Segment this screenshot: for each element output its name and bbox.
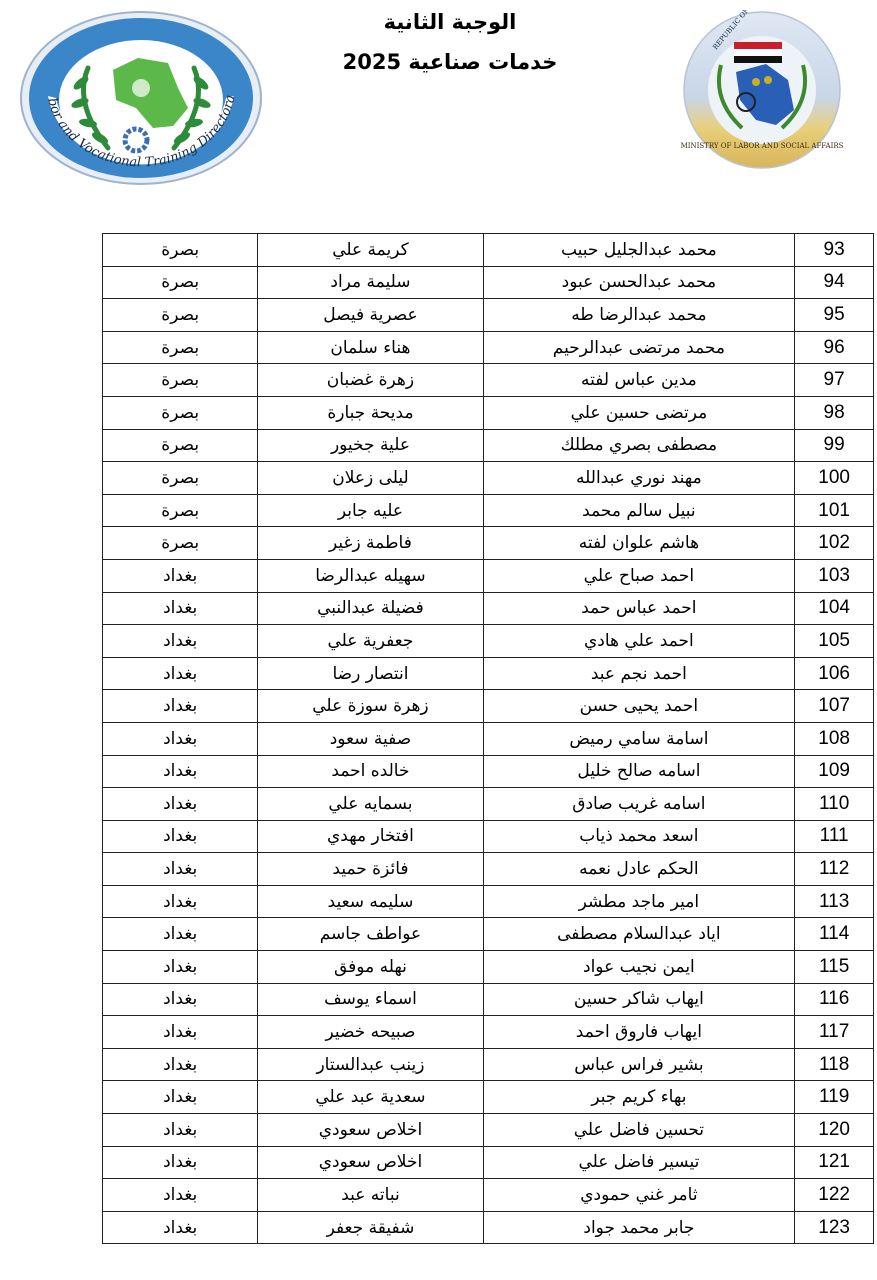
governorate: بصرة: [103, 429, 258, 462]
table-body: 93 محمد عبدالجليل حبيب كريمة علي بصرة 94…: [103, 234, 874, 1244]
mother-name: شفيقة جعفر: [258, 1211, 483, 1244]
table-row: 113 امير ماجد مطشر سليمه سعيد بغداد: [103, 885, 874, 918]
mother-name: ليلى زعلان: [258, 462, 483, 495]
mother-name: نهله موفق: [258, 951, 483, 984]
row-number: 110: [795, 788, 874, 821]
governorate: بغداد: [103, 1211, 258, 1244]
row-number: 105: [795, 625, 874, 658]
table-row: 100 مهند نوري عبدالله ليلى زعلان بصرة: [103, 462, 874, 495]
ministry-logo: MINISTRY OF LABOR AND SOCIAL AFFAIRS REP…: [676, 10, 848, 170]
mother-name: افتخار مهدي: [258, 820, 483, 853]
row-number: 114: [795, 918, 874, 951]
mother-name: اخلاص سعودي: [258, 1114, 483, 1147]
services-title: خدمات صناعية 2025: [300, 42, 600, 82]
mother-name: صفية سعود: [258, 722, 483, 755]
full-name: الحكم عادل نعمه: [483, 853, 795, 886]
governorate: بغداد: [103, 722, 258, 755]
governorate: بغداد: [103, 657, 258, 690]
table-row: 120 تحسين فاضل علي اخلاص سعودي بغداد: [103, 1114, 874, 1147]
table-row: 118 بشير فراس عباس زينب عبدالستار بغداد: [103, 1048, 874, 1081]
governorate: بصرة: [103, 364, 258, 397]
full-name: مهند نوري عبدالله: [483, 462, 795, 495]
governorate: بغداد: [103, 788, 258, 821]
row-number: 111: [795, 820, 874, 853]
full-name: اسامة سامي رميض: [483, 722, 795, 755]
labor-directorate-logo: Labor and Vocational Training Directorat…: [18, 8, 264, 188]
table-row: 94 محمد عبدالحسن عبود سليمة مراد بصرة: [103, 266, 874, 299]
governorate: بغداد: [103, 625, 258, 658]
svg-text:MINISTRY OF LABOR AND SOCIAL A: MINISTRY OF LABOR AND SOCIAL AFFAIRS: [681, 142, 844, 150]
governorate: بصرة: [103, 331, 258, 364]
full-name: مرتضى حسين علي: [483, 396, 795, 429]
full-name: احمد علي هادي: [483, 625, 795, 658]
full-name: محمد عبدالجليل حبيب: [483, 234, 795, 267]
mother-name: فاطمة زغير: [258, 527, 483, 560]
row-number: 94: [795, 266, 874, 299]
governorate: بغداد: [103, 592, 258, 625]
full-name: امير ماجد مطشر: [483, 885, 795, 918]
full-name: محمد مرتضى عبدالرحيم: [483, 331, 795, 364]
ministry-emblem-icon: MINISTRY OF LABOR AND SOCIAL AFFAIRS REP…: [676, 10, 848, 170]
row-number: 98: [795, 396, 874, 429]
governorate: بغداد: [103, 1146, 258, 1179]
mother-name: خالده احمد: [258, 755, 483, 788]
mother-name: زهرة سوزة علي: [258, 690, 483, 723]
mother-name: اسماء يوسف: [258, 983, 483, 1016]
mother-name: جعفرية علي: [258, 625, 483, 658]
row-number: 123: [795, 1211, 874, 1244]
row-number: 97: [795, 364, 874, 397]
row-number: 117: [795, 1016, 874, 1049]
table-row: 109 اسامه صالح خليل خالده احمد بغداد: [103, 755, 874, 788]
row-number: 112: [795, 853, 874, 886]
table-row: 107 احمد يحيى حسن زهرة سوزة علي بغداد: [103, 690, 874, 723]
governorate: بغداد: [103, 1081, 258, 1114]
table-row: 101 نبيل سالم محمد عليه جابر بصرة: [103, 494, 874, 527]
row-number: 102: [795, 527, 874, 560]
table-row: 102 هاشم علوان لفته فاطمة زغير بصرة: [103, 527, 874, 560]
mother-name: اخلاص سعودي: [258, 1146, 483, 1179]
table-row: 123 جابر محمد جواد شفيقة جعفر بغداد: [103, 1211, 874, 1244]
governorate: بصرة: [103, 527, 258, 560]
batch-title: الوجبة الثانية: [300, 2, 600, 42]
mother-name: نباته عبد: [258, 1179, 483, 1212]
mother-name: زينب عبدالستار: [258, 1048, 483, 1081]
row-number: 96: [795, 331, 874, 364]
full-name: جابر محمد جواد: [483, 1211, 795, 1244]
table-row: 117 ايهاب فاروق احمد صبيحه خضير بغداد: [103, 1016, 874, 1049]
row-number: 120: [795, 1114, 874, 1147]
full-name: ايهاب فاروق احمد: [483, 1016, 795, 1049]
table-row: 99 مصطفى بصري مطلك علية جخيور بصرة: [103, 429, 874, 462]
row-number: 119: [795, 1081, 874, 1114]
governorate: بصرة: [103, 462, 258, 495]
table-row: 95 محمد عبدالرضا طه عصرية فيصل بصرة: [103, 299, 874, 332]
full-name: نبيل سالم محمد: [483, 494, 795, 527]
table-row: 93 محمد عبدالجليل حبيب كريمة علي بصرة: [103, 234, 874, 267]
full-name: اياد عبدالسلام مصطفى: [483, 918, 795, 951]
full-name: اسامه صالح خليل: [483, 755, 795, 788]
table-row: 119 بهاء كريم جبر سعدية عبد علي بغداد: [103, 1081, 874, 1114]
table-row: 116 ايهاب شاكر حسين اسماء يوسف بغداد: [103, 983, 874, 1016]
row-number: 122: [795, 1179, 874, 1212]
table-row: 105 احمد علي هادي جعفرية علي بغداد: [103, 625, 874, 658]
full-name: محمد عبدالرضا طه: [483, 299, 795, 332]
governorate: بغداد: [103, 885, 258, 918]
row-number: 115: [795, 951, 874, 984]
table-row: 110 اسامه غريب صادق بسمايه علي بغداد: [103, 788, 874, 821]
governorate: بصرة: [103, 396, 258, 429]
row-number: 121: [795, 1146, 874, 1179]
governorate: بغداد: [103, 1048, 258, 1081]
mother-name: انتصار رضا: [258, 657, 483, 690]
mother-name: سليمه سعيد: [258, 885, 483, 918]
governorate: بغداد: [103, 559, 258, 592]
full-name: اسامه غريب صادق: [483, 788, 795, 821]
mother-name: زهرة غضبان: [258, 364, 483, 397]
row-number: 101: [795, 494, 874, 527]
row-number: 100: [795, 462, 874, 495]
full-name: مصطفى بصري مطلك: [483, 429, 795, 462]
table-row: 97 مدين عباس لفته زهرة غضبان بصرة: [103, 364, 874, 397]
table-row: 115 ايمن نجيب عواد نهله موفق بغداد: [103, 951, 874, 984]
row-number: 118: [795, 1048, 874, 1081]
governorate: بصرة: [103, 234, 258, 267]
mother-name: عصرية فيصل: [258, 299, 483, 332]
table-row: 103 احمد صباح علي سهيله عبدالرضا بغداد: [103, 559, 874, 592]
mother-name: كريمة علي: [258, 234, 483, 267]
mother-name: بسمايه علي: [258, 788, 483, 821]
row-number: 95: [795, 299, 874, 332]
mother-name: سليمة مراد: [258, 266, 483, 299]
row-number: 99: [795, 429, 874, 462]
full-name: بهاء كريم جبر: [483, 1081, 795, 1114]
full-name: مدين عباس لفته: [483, 364, 795, 397]
mother-name: سهيله عبدالرضا: [258, 559, 483, 592]
table-row: 98 مرتضى حسين علي مديحة جبارة بصرة: [103, 396, 874, 429]
governorate: بغداد: [103, 820, 258, 853]
full-name: اسعد محمد ذياب: [483, 820, 795, 853]
table-row: 121 تيسير فاضل علي اخلاص سعودي بغداد: [103, 1146, 874, 1179]
table-row: 106 احمد نجم عبد انتصار رضا بغداد: [103, 657, 874, 690]
mother-name: عواطف جاسم: [258, 918, 483, 951]
full-name: هاشم علوان لفته: [483, 527, 795, 560]
table-row: 122 ثامر غني حمودي نباته عبد بغداد: [103, 1179, 874, 1212]
full-name: احمد عباس حمد: [483, 592, 795, 625]
table-row: 111 اسعد محمد ذياب افتخار مهدي بغداد: [103, 820, 874, 853]
full-name: احمد صباح علي: [483, 559, 795, 592]
governorate: بصرة: [103, 299, 258, 332]
row-number: 116: [795, 983, 874, 1016]
row-number: 106: [795, 657, 874, 690]
row-number: 113: [795, 885, 874, 918]
full-name: تحسين فاضل علي: [483, 1114, 795, 1147]
table-row: 108 اسامة سامي رميض صفية سعود بغداد: [103, 722, 874, 755]
governorate: بغداد: [103, 1114, 258, 1147]
governorate: بغداد: [103, 853, 258, 886]
names-table: 93 محمد عبدالجليل حبيب كريمة علي بصرة 94…: [102, 233, 874, 1244]
row-number: 93: [795, 234, 874, 267]
row-number: 108: [795, 722, 874, 755]
full-name: بشير فراس عباس: [483, 1048, 795, 1081]
mother-name: عليه جابر: [258, 494, 483, 527]
mother-name: سعدية عبد علي: [258, 1081, 483, 1114]
table-row: 104 احمد عباس حمد فضيلة عبدالنبي بغداد: [103, 592, 874, 625]
governorate: بغداد: [103, 951, 258, 984]
table-row: 114 اياد عبدالسلام مصطفى عواطف جاسم بغدا…: [103, 918, 874, 951]
governorate: بغداد: [103, 1179, 258, 1212]
full-name: ايهاب شاكر حسين: [483, 983, 795, 1016]
full-name: محمد عبدالحسن عبود: [483, 266, 795, 299]
row-number: 107: [795, 690, 874, 723]
mother-name: هناء سلمان: [258, 331, 483, 364]
full-name: احمد نجم عبد: [483, 657, 795, 690]
governorate: بغداد: [103, 1016, 258, 1049]
full-name: تيسير فاضل علي: [483, 1146, 795, 1179]
mother-name: فضيلة عبدالنبي: [258, 592, 483, 625]
full-name: احمد يحيى حسن: [483, 690, 795, 723]
governorate: بغداد: [103, 755, 258, 788]
governorate: بغداد: [103, 690, 258, 723]
mother-name: صبيحه خضير: [258, 1016, 483, 1049]
mother-name: فائزة حميد: [258, 853, 483, 886]
governorate: بصرة: [103, 266, 258, 299]
mother-name: علية جخيور: [258, 429, 483, 462]
governorate: بغداد: [103, 983, 258, 1016]
governorate: بصرة: [103, 494, 258, 527]
row-number: 104: [795, 592, 874, 625]
row-number: 103: [795, 559, 874, 592]
table-row: 96 محمد مرتضى عبدالرحيم هناء سلمان بصرة: [103, 331, 874, 364]
governorate: بغداد: [103, 918, 258, 951]
document-header: الوجبة الثانية خدمات صناعية 2025: [300, 2, 600, 82]
full-name: ايمن نجيب عواد: [483, 951, 795, 984]
labor-directorate-emblem-icon: Labor and Vocational Training Directorat…: [18, 8, 264, 188]
full-name: ثامر غني حمودي: [483, 1179, 795, 1212]
table-row: 112 الحكم عادل نعمه فائزة حميد بغداد: [103, 853, 874, 886]
mother-name: مديحة جبارة: [258, 396, 483, 429]
row-number: 109: [795, 755, 874, 788]
